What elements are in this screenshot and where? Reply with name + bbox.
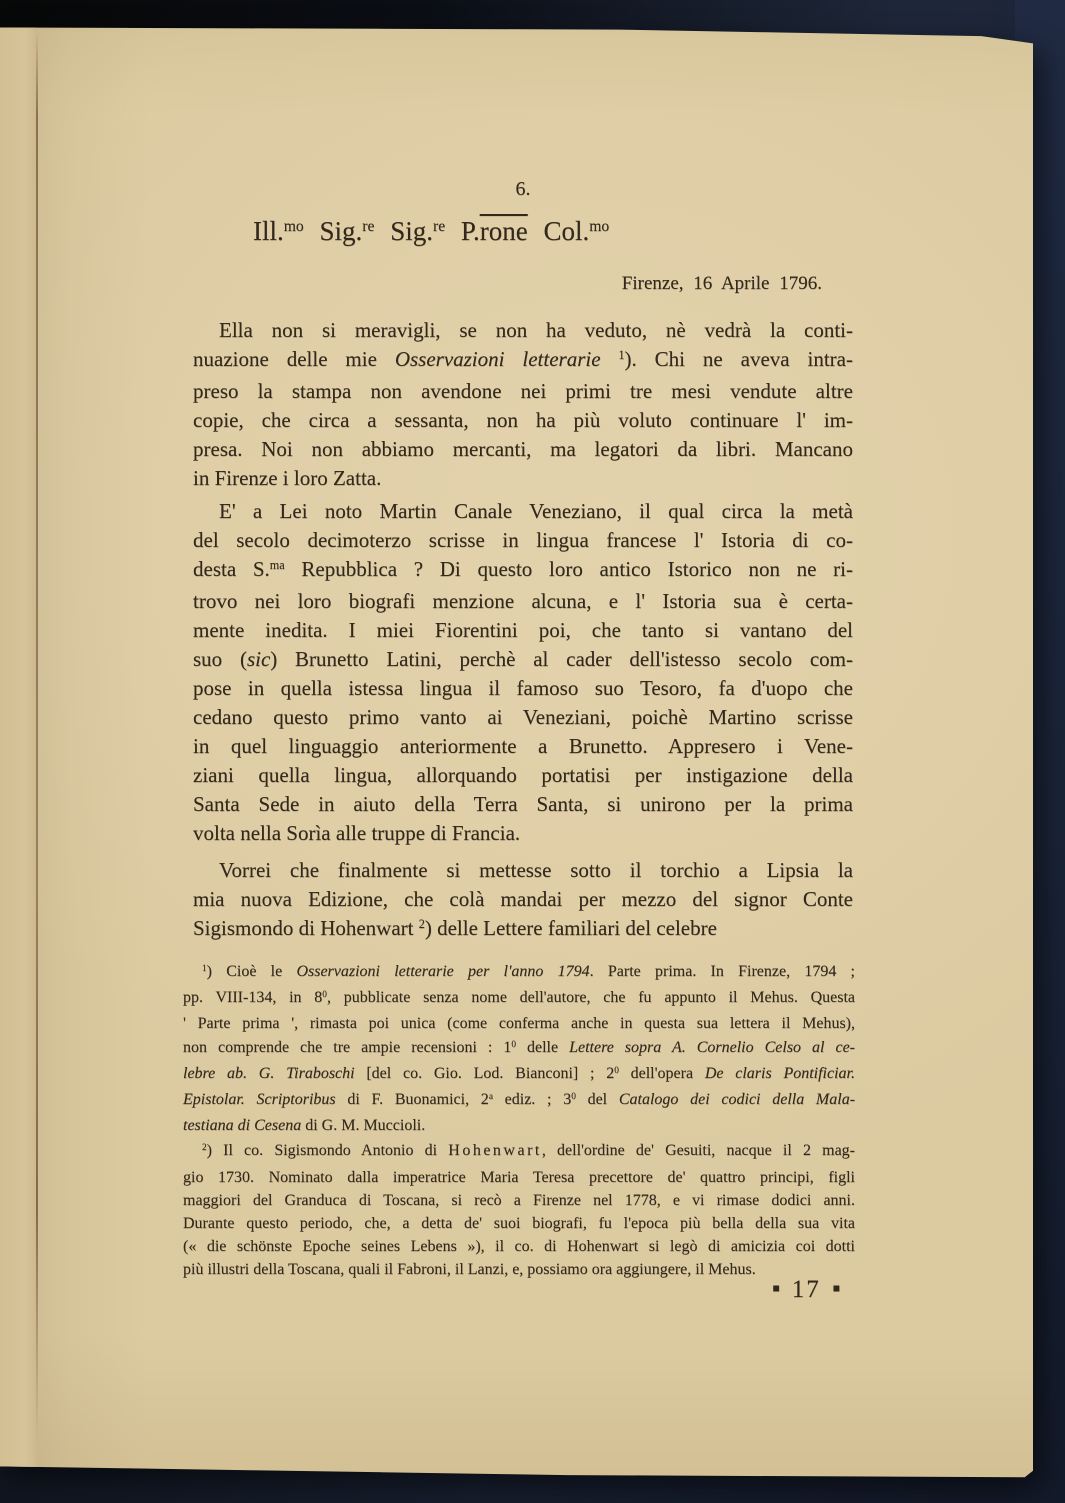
text-line: trovo nei loro biografi menzione alcuna,… bbox=[193, 587, 853, 616]
page-gutter-fold-line bbox=[36, 30, 38, 1468]
superscript-text: mo bbox=[284, 218, 304, 235]
book-page-wrapper: 6. Ill.mo Sig.re Sig.re P.rone Col.mo Fi… bbox=[0, 0, 1065, 1503]
superscript-text: re bbox=[362, 218, 374, 235]
superscript-text: 0 bbox=[614, 1066, 619, 1076]
text-line: gio 1730. Nominato dalla imperatrice Mar… bbox=[183, 1166, 855, 1189]
italic-text: Catalogo dei codici della Mala- bbox=[619, 1091, 855, 1108]
text-line: desta S.ma Repubblica ? Di questo loro a… bbox=[193, 555, 853, 587]
page-edge-strip bbox=[0, 26, 36, 1478]
superscript-text: mo bbox=[589, 218, 609, 235]
superscript-text: 0 bbox=[571, 1092, 576, 1102]
text-line: mia nuova Edizione, che colà mandai per … bbox=[193, 885, 853, 914]
text-line: testiana di Cesena di G. M. Muccioli. bbox=[183, 1114, 855, 1137]
superscript-text: 2 bbox=[419, 917, 425, 931]
superscript-text: re bbox=[433, 218, 445, 235]
text-line: (« die schönste Epoche seines Lebens »),… bbox=[183, 1235, 855, 1258]
superscript-text: 0 bbox=[322, 990, 327, 1000]
text-line: Ella non si meravigli, se non ha veduto,… bbox=[193, 316, 853, 345]
text-line: in quel linguaggio anteriormente a Brune… bbox=[193, 732, 853, 761]
text-line: cedano questo primo vanto ai Veneziani, … bbox=[193, 703, 853, 732]
superscript-text: 2 bbox=[202, 1143, 207, 1153]
text-line: Vorrei che finalmente si mettesse sotto … bbox=[193, 856, 853, 885]
italic-text: Lettere sopra A. Cornelio Celso al ce- bbox=[569, 1039, 855, 1056]
body-paragraph: Ella non si meravigli, se non ha veduto,… bbox=[193, 316, 853, 493]
text-line: presa. Noi non abbiamo mercanti, ma lega… bbox=[193, 435, 853, 464]
text-line: copie, che circa a sessanta, non ha più … bbox=[193, 406, 853, 435]
page-number-right-square: ■ bbox=[833, 1281, 840, 1295]
italic-text: Osservazioni letterarie per l'anno 1794 bbox=[296, 963, 589, 980]
italic-text: Epistolar. Scriptoribus bbox=[183, 1091, 336, 1108]
text-line: nuazione delle mie Osservazioni letterar… bbox=[193, 345, 853, 377]
text-line: 1) Cioè le Osservazioni letterarie per l… bbox=[183, 960, 855, 986]
letter-salutation: Ill.mo Sig.re Sig.re P.rone Col.mo bbox=[253, 216, 609, 247]
page-number-footer: ■17■ bbox=[183, 1276, 840, 1304]
letter-body: Ella non si meravigli, se non ha veduto,… bbox=[193, 316, 853, 946]
italic-text: Osservazioni letterarie bbox=[395, 347, 601, 371]
text-line: lebre ab. G. Tiraboschi [del co. Gio. Lo… bbox=[183, 1062, 855, 1088]
page-number: 17 bbox=[792, 1276, 821, 1303]
footnote: 1) Cioè le Osservazioni letterarie per l… bbox=[183, 960, 855, 1137]
text-line: volta nella Sorìa alle truppe di Francia… bbox=[193, 819, 853, 848]
footnote: 2) Il co. Sigismondo Antonio di Hohenwar… bbox=[183, 1139, 855, 1281]
footnotes-block: 1) Cioè le Osservazioni letterarie per l… bbox=[183, 960, 855, 1282]
text-line: pose in quella istessa lingua il famoso … bbox=[193, 674, 853, 703]
italic-text: lebre ab. G. Tiraboschi bbox=[183, 1065, 355, 1082]
body-paragraph: E' a Lei noto Martin Canale Veneziano, i… bbox=[193, 497, 853, 848]
text-line: preso la stampa non avendone nei primi t… bbox=[193, 377, 853, 406]
italic-text: sic bbox=[247, 647, 270, 671]
superscript-text: ma bbox=[270, 558, 285, 572]
superscript-text: a bbox=[489, 1092, 493, 1102]
italic-text: De claris Pontificiar. bbox=[705, 1065, 855, 1082]
text-line: suo (sic) Brunetto Latini, perchè al cad… bbox=[193, 645, 853, 674]
text-line: 2) Il co. Sigismondo Antonio di Hohenwar… bbox=[183, 1139, 855, 1165]
superscript-text: 1 bbox=[618, 348, 624, 362]
text-line: Sigismondo di Hohenwart 2) delle Lettere… bbox=[193, 914, 853, 946]
letter-section-number: 6. bbox=[193, 178, 853, 201]
text-line: Santa Sede in aiuto della Terra Santa, s… bbox=[193, 790, 853, 819]
text-line: pp. VIII-134, in 80, pubblicate senza no… bbox=[183, 986, 855, 1012]
letter-dateline: Firenze, 16 Aprile 1796. bbox=[192, 273, 822, 295]
text-line: maggiori del Granduca di Toscana, si rec… bbox=[183, 1189, 855, 1212]
text-line: mente inedita. I miei Fiorentini poi, ch… bbox=[193, 616, 853, 645]
superscript-text: 0 bbox=[511, 1040, 516, 1050]
text-line: del secolo decimoterzo scrisse in lingua… bbox=[193, 526, 853, 555]
letterspaced-name: Hohenwart bbox=[448, 1142, 542, 1159]
scanned-book-page: 6. Ill.mo Sig.re Sig.re P.rone Col.mo Fi… bbox=[0, 26, 1033, 1478]
text-line: Epistolar. Scriptoribus di F. Buonamici,… bbox=[183, 1088, 855, 1114]
text-line: ' Parte prima ', rimasta poi unica (come… bbox=[183, 1012, 855, 1035]
body-paragraph: Vorrei che finalmente si mettesse sotto … bbox=[193, 856, 853, 946]
italic-text: testiana di Cesena bbox=[183, 1117, 301, 1134]
text-line: ziani quella lingua, allorquando portati… bbox=[193, 761, 853, 790]
text-line: non comprende che tre ampie recensioni :… bbox=[183, 1036, 855, 1062]
page-number-left-square: ■ bbox=[773, 1281, 780, 1295]
text-line: Durante questo periodo, che, a detta de'… bbox=[183, 1212, 855, 1235]
superscript-text: 1 bbox=[202, 964, 207, 974]
overlined-abbreviation: rone bbox=[480, 216, 528, 246]
text-line: E' a Lei noto Martin Canale Veneziano, i… bbox=[193, 497, 853, 526]
text-line: in Firenze i loro Zatta. bbox=[193, 464, 853, 493]
